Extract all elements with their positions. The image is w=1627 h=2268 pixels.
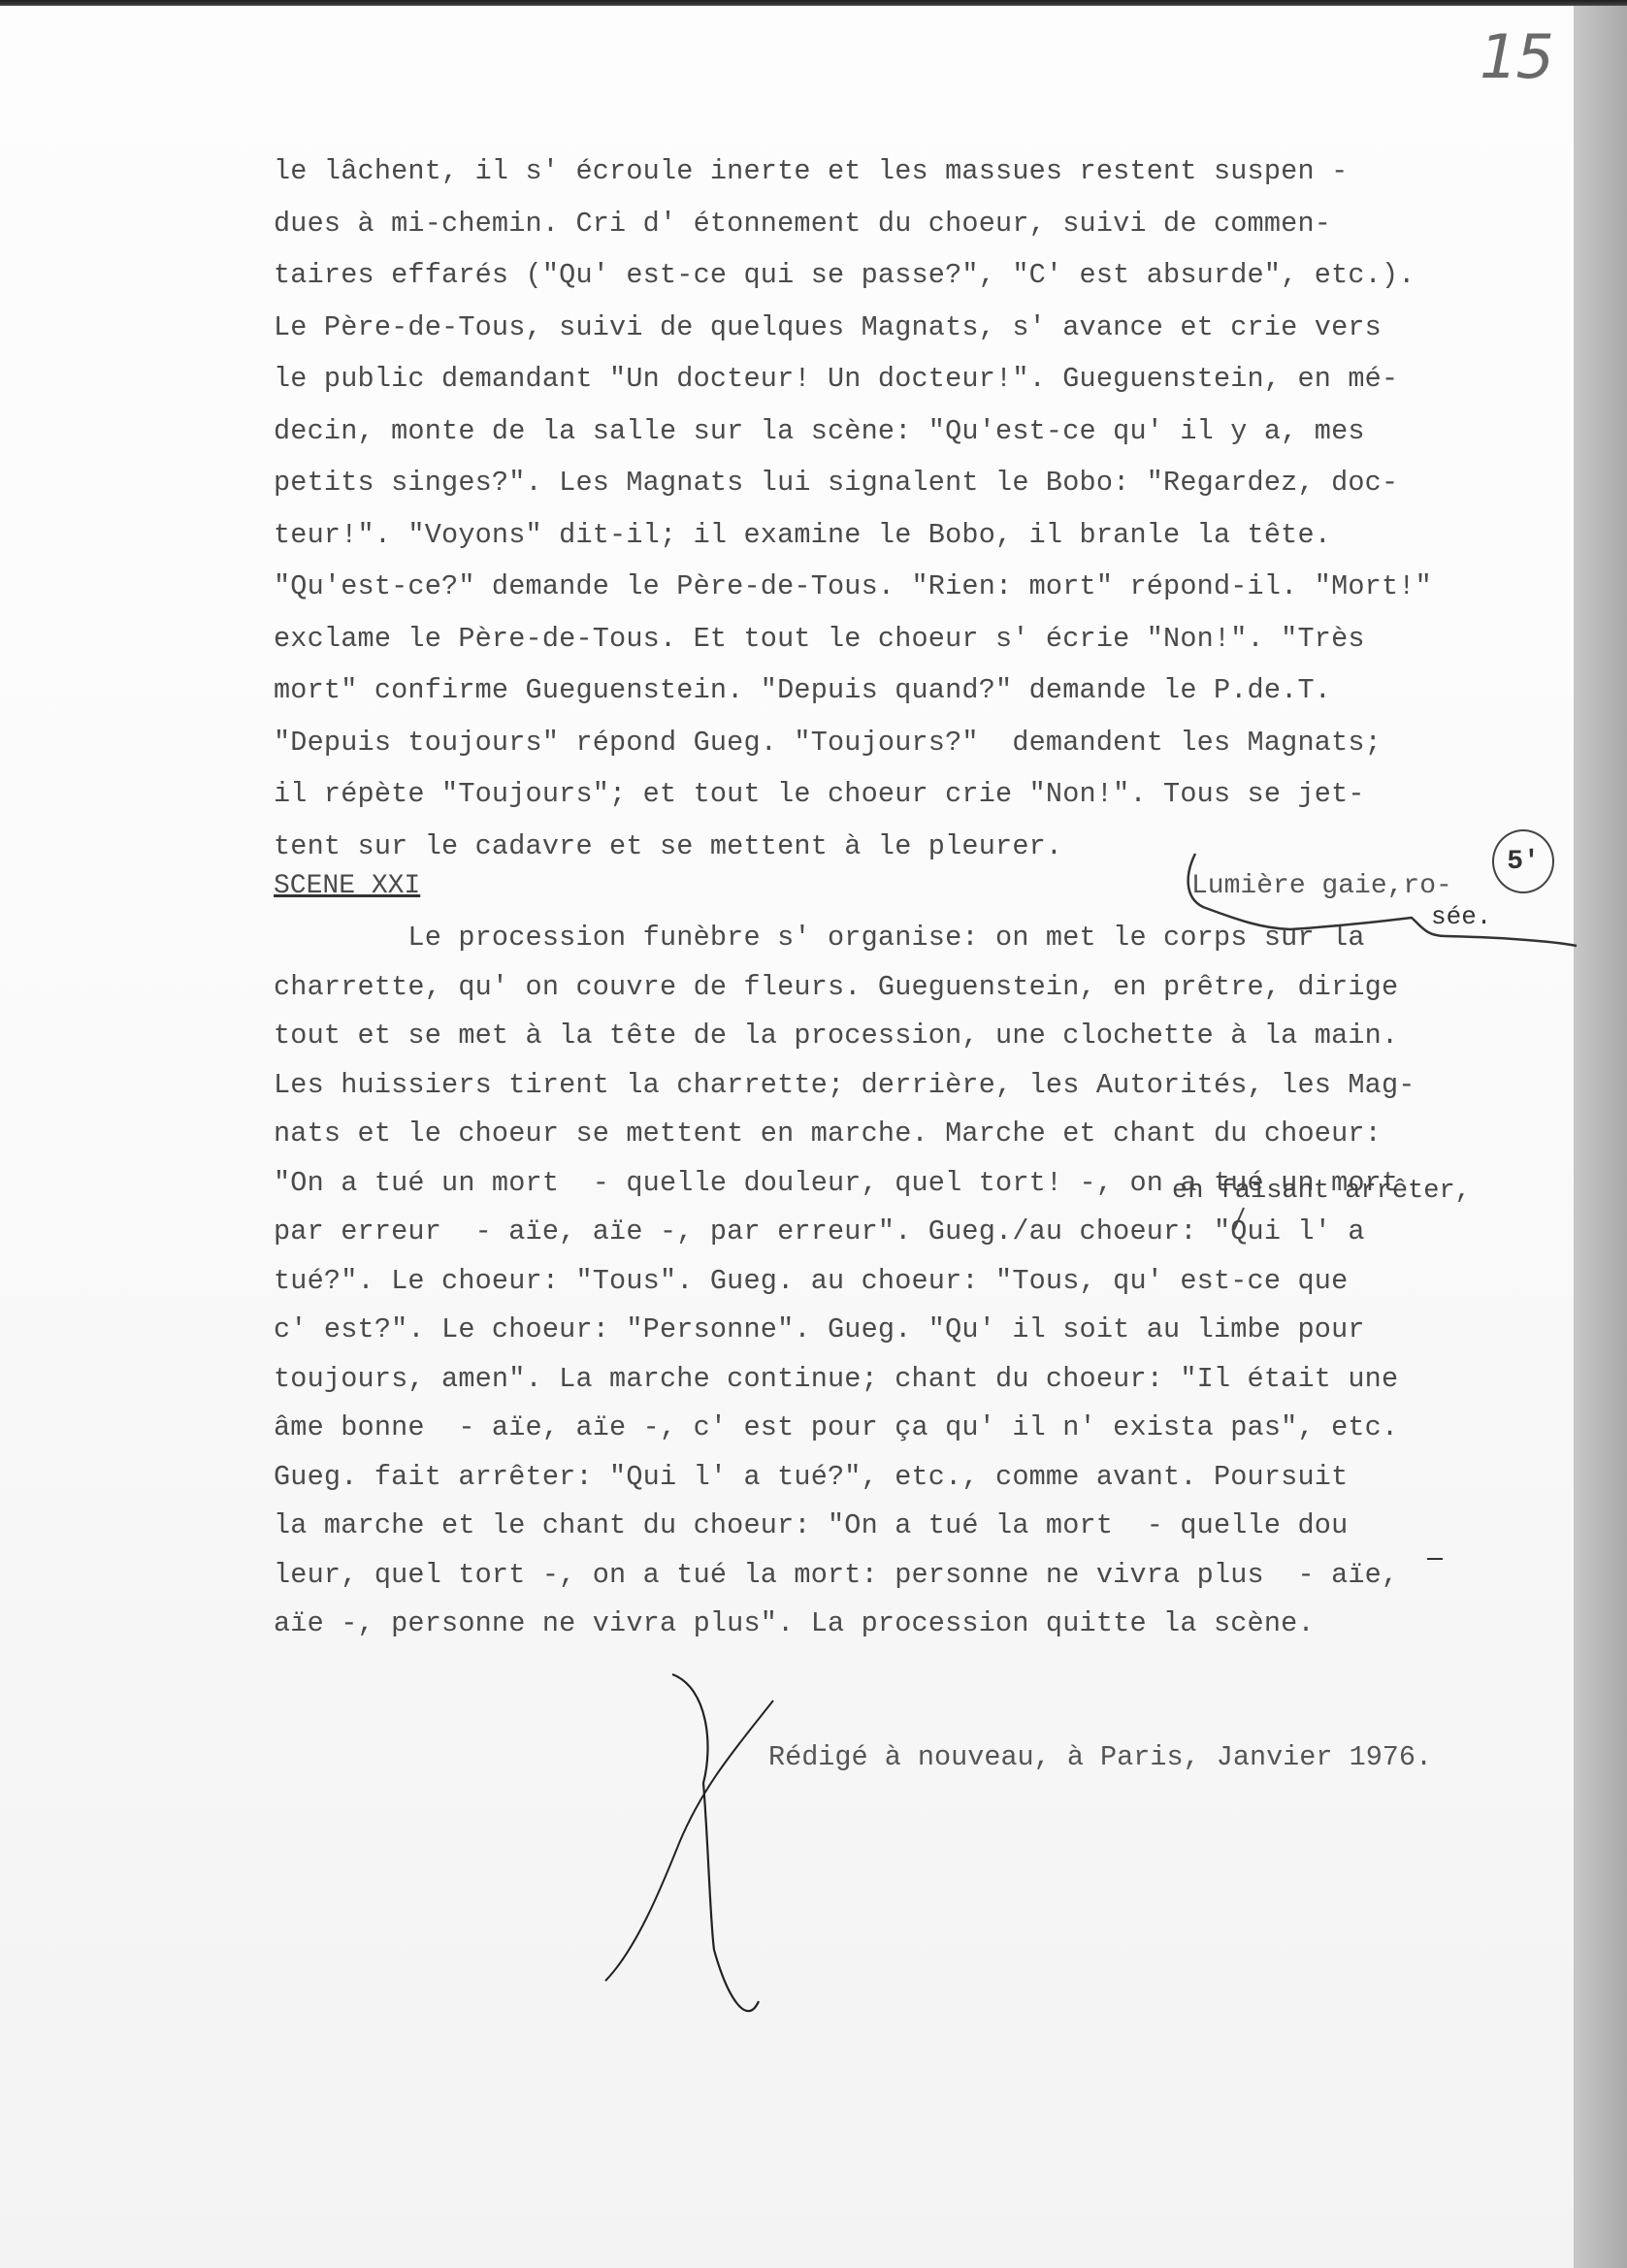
typed-line: "Qu'est-ce?" demande le Père-de-Tous. "R… [274,561,1432,613]
page-number: 15 [1480,21,1552,92]
circled-duration-annotation: 5' [1492,829,1554,893]
typed-line: teur!". "Voyons" dit-il; il examine le B… [274,509,1432,562]
typed-line: toujours, amen". La marche continue; cha… [274,1353,1415,1403]
typed-line: Les huissiers tirent la charrette; derri… [274,1059,1415,1109]
stage-direction-note-continued: sée. [1431,902,1491,931]
paragraph-scene-xxi: Le procession funèbre s' organise: on me… [274,912,1415,1647]
typed-line: Le procession funèbre s' organise: on me… [274,912,1415,961]
typed-line: "Depuis toujours" répond Gueg. "Toujours… [274,717,1432,769]
typed-line: aïe -, personne ne vivra plus". La proce… [274,1598,1415,1647]
typed-line: charrette, qu' on couvre de fleurs. Gueg… [274,961,1415,1011]
typed-line: le lâchent, il s' écroule inerte et les … [274,146,1432,198]
interlinear-insertion: en faisant arrêter, [1172,1177,1471,1206]
closing-note: Rédigé à nouveau, à Paris, Janvier 1976. [768,1741,1432,1773]
paragraph-scene-xx-ending: le lâchent, il s' écroule inerte et les … [274,146,1432,872]
typed-line: petits singes?". Les Magnats lui signale… [274,457,1432,509]
typed-line: c' est?". Le choeur: "Personne". Gueg. "… [274,1304,1415,1353]
typed-line: mort" confirme Gueguenstein. "Depuis qua… [274,664,1432,717]
typed-line: il répète "Toujours"; et tout le choeur … [274,768,1432,821]
scan-right-margin [1574,6,1627,2268]
typed-line: decin, monte de la salle sur la scène: "… [274,405,1432,458]
typed-line: dues à mi-chemin. Cri d' étonnement du c… [274,198,1432,250]
typed-line: tout et se met à la tête de la processio… [274,1010,1415,1059]
typed-line: exclame le Père-de-Tous. Et tout le choe… [274,613,1432,665]
typed-line: tent sur le cadavre et se mettent à le p… [274,821,1432,873]
typed-line: par erreur - aïe, aïe -, par erreur". Gu… [274,1206,1415,1255]
typed-line: le public demandant "Un docteur! Un doct… [274,353,1432,405]
typed-line: leur, quel tort -, on a tué la mort: per… [274,1549,1415,1599]
scene-heading: SCENE XXI [274,871,420,901]
stage-direction-note: Lumière gaie,ro- [1191,871,1452,901]
typed-line: Le Père-de-Tous, suivi de quelques Magna… [274,302,1432,354]
typed-line: tué?". Le choeur: "Tous". Gueg. au choeu… [274,1255,1415,1305]
typed-line: taires effarés ("Qu' est-ce qui se passe… [274,249,1432,302]
typed-line: la marche et le chant du choeur: "On a t… [274,1500,1415,1549]
typed-line: Gueg. fait arrêter: "Qui l' a tué?", etc… [274,1451,1415,1501]
typed-line: nats et le choeur se mettent en marche. … [274,1108,1415,1157]
typed-line: âme bonne - aïe, aïe -, c' est pour ça q… [274,1402,1415,1451]
